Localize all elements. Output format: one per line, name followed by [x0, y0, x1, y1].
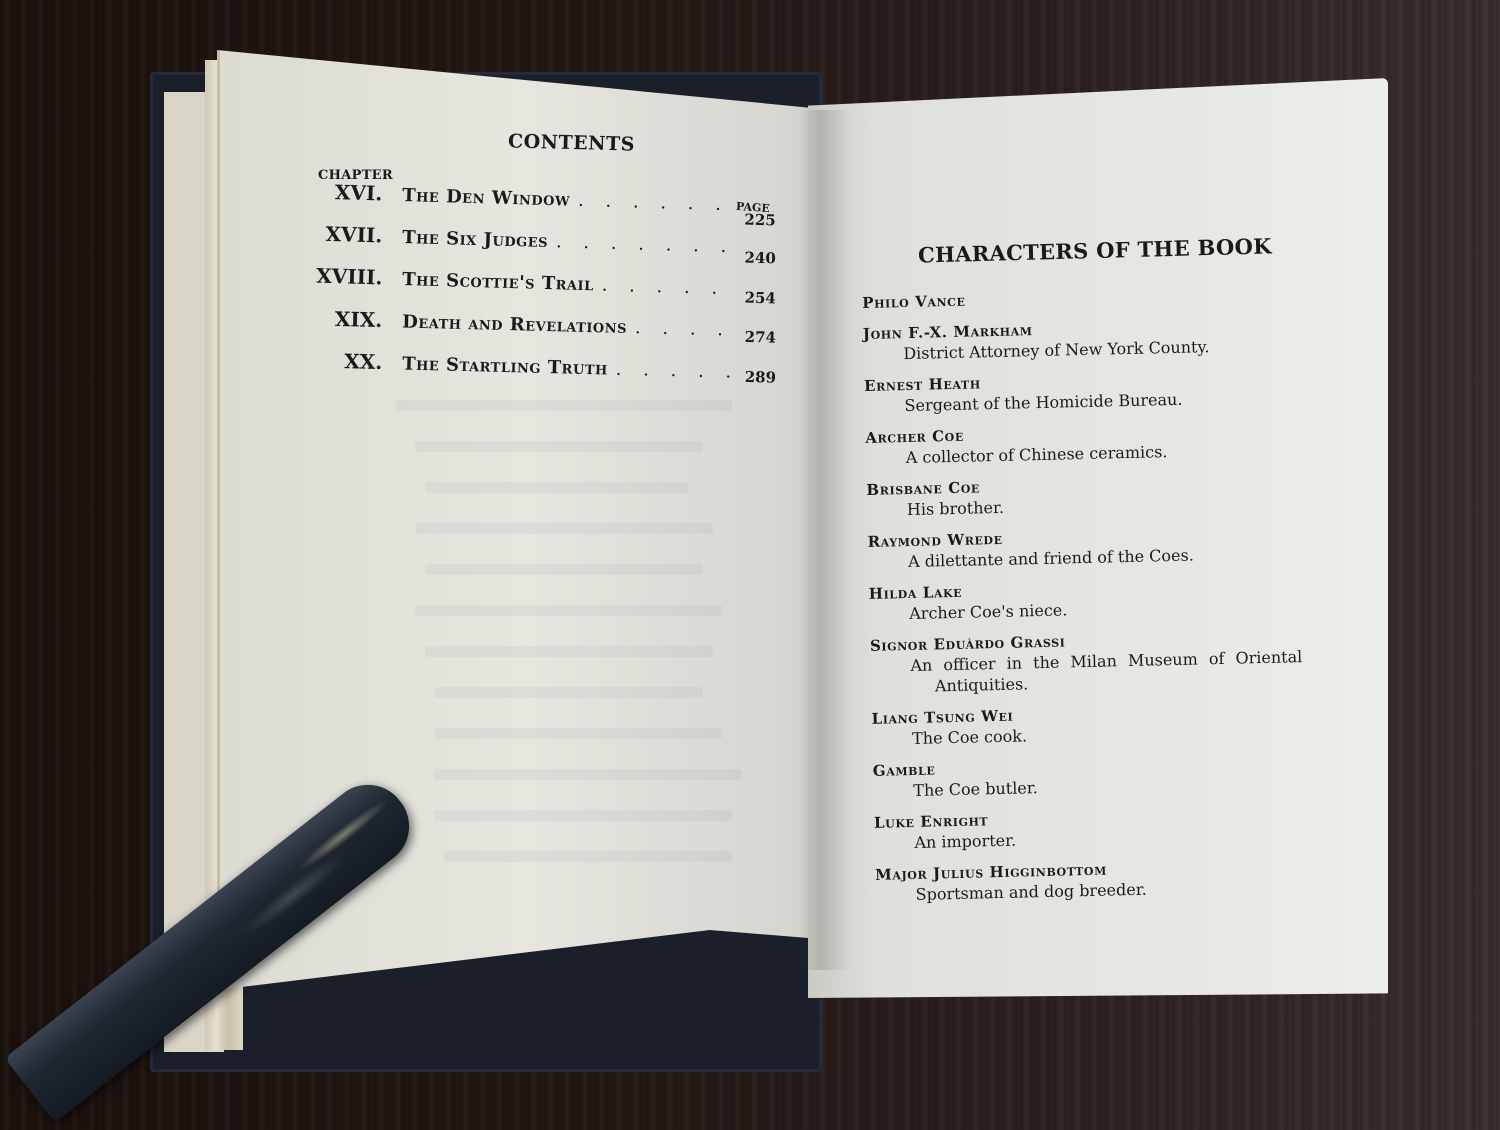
chapter-title: The Den Window [402, 185, 570, 211]
character-entry: Gamble The Coe butler. [873, 751, 1334, 801]
dot-leader: . . . . . . . . . . . . [616, 359, 737, 383]
character-entry: Luke Enright An importer. [874, 803, 1335, 853]
chapter-title: The Scottie's Trail [402, 269, 594, 295]
chapter-title: Death and Revelations [402, 311, 627, 337]
character-entry: Raymond Wrede A dilettante and friend of… [867, 523, 1328, 573]
chapter-title: The Six Judges [402, 227, 548, 252]
character-entry: Liang Tsung Wei The Coe cook. [871, 699, 1332, 749]
table-of-contents: XVI. The Den Window . . . . . . . . . . … [316, 186, 776, 396]
dot-leader: . . . . . . . . . . . . [556, 231, 737, 257]
character-entry: Major Julius Higginbottom Sportsman and … [875, 855, 1336, 905]
characters-list: Philo Vance John F.-X. Markham District … [862, 284, 1336, 918]
chapter-title: The Startling Truth [402, 353, 608, 379]
character-entry: John F.-X. Markham District Attorney of … [863, 315, 1324, 365]
chapter-page: 289 [744, 368, 776, 387]
contents-heading: CONTENTS [508, 130, 635, 155]
character-entry: Signor Eduàrdo Grassi An officer in the … [870, 626, 1331, 697]
chapter-page: 254 [744, 289, 776, 308]
character-entry: Hilda Lake Archer Coe's niece. [869, 574, 1330, 624]
dot-leader: . . . . . . . . . . . . [578, 190, 737, 215]
chapter-number: XX. [316, 348, 383, 374]
chapter-number: XVI. [316, 180, 383, 206]
character-entry: Ernest Heath Sergeant of the Homicide Bu… [864, 367, 1325, 417]
dot-leader: . . . . . . . . . . . . [635, 317, 737, 340]
chapter-page: 274 [744, 328, 776, 347]
chapter-page: 225 [743, 211, 775, 230]
chapter-number: XIX. [316, 306, 383, 332]
chapter-number: XVII. [316, 222, 383, 248]
character-entry: Archer Coe A collector of Chinese cerami… [865, 419, 1326, 469]
character-entry: Brisbane Coe His brother. [866, 471, 1327, 521]
gutter-shadow [800, 110, 850, 970]
chapter-number: XVIII. [316, 264, 383, 290]
dot-leader: . . . . . . . . . . . . [601, 275, 736, 300]
chapter-page: 240 [744, 249, 776, 268]
